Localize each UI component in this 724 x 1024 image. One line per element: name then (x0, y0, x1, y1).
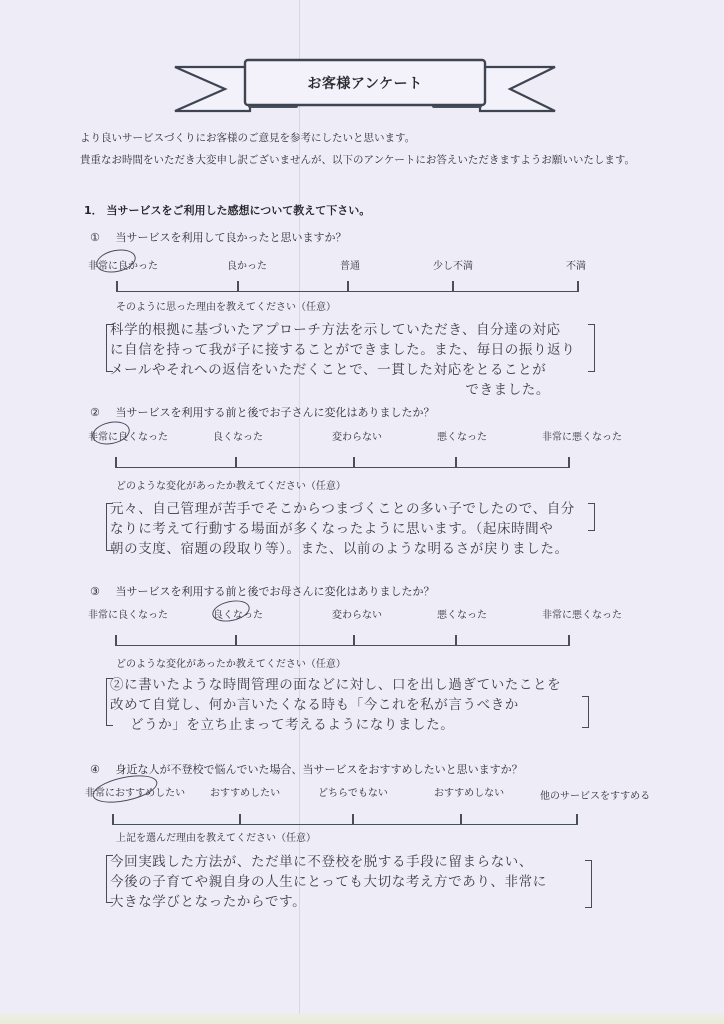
page-title: お客様アンケート (245, 65, 485, 101)
q1-option-2[interactable]: 良かった (227, 257, 267, 272)
answer-line: ②に書いたような時間管理の面などに対し、口を出し過ぎていたことを (110, 675, 590, 695)
answer-line: 改めて自覚し、何か言いたくなる時も「今これを私が言うべきか (110, 695, 590, 715)
answer-line: 科学的根拠に基づいたアプローチ方法を示していただき、自分達の対応 (110, 320, 590, 340)
question-number: ④ (90, 763, 112, 776)
q2-option-3[interactable]: 変わらない (332, 428, 382, 443)
question-text: 当サービスを利用する前と後でお母さんに変化はありましたか？ (116, 585, 435, 598)
question-text: 身近な人が不登校で悩んでいた場合、当サービスをおすすめしたいと思いますか？ (116, 763, 523, 776)
q1-reason-prompt: そのように思った理由を教えてください（任意） (116, 298, 336, 313)
question-number: ③ (90, 585, 112, 598)
answer-line: 元々、自己管理が苦手でそこからつまづくことの多い子でしたので、自分 (110, 499, 590, 519)
q3-option-5[interactable]: 非常に悪くなった (542, 606, 622, 621)
q2-option-4[interactable]: 悪くなった (437, 428, 487, 443)
question-4: ④ 身近な人が不登校で悩んでいた場合、当サービスをおすすめしたいと思いますか？ (90, 761, 523, 777)
q2-reason-prompt: どのような変化があったか教えてください（任意） (116, 477, 346, 492)
answer-line: 朝の支度、宿題の段取り等）。また、以前のような明るさが戻りました。 (110, 539, 590, 559)
answer-line: 今回実践した方法が、ただ単に不登校を脱する手段に留まらない、 (110, 852, 590, 872)
question-1: ① 当サービスを利用して良かったと思いますか？ (90, 229, 347, 245)
q1-rating-scale[interactable] (116, 280, 579, 292)
q2-rating-scale[interactable] (115, 456, 570, 468)
question-text: 当サービスを利用して良かったと思いますか？ (116, 231, 347, 244)
q3-answer[interactable]: ②に書いたような時間管理の面などに対し、口を出し過ぎていたことを 改めて自覚し、… (110, 675, 590, 735)
section-number: 1． (84, 204, 103, 217)
answer-line: 今後の子育てや親自身の人生にとっても大切な考え方であり、非常に (110, 872, 590, 892)
q4-option-3[interactable]: どちらでもない (318, 784, 388, 799)
q1-option-3[interactable]: 普通 (340, 257, 360, 272)
answer-line: メールやそれへの返信をいただくことで、一貫した対応をとることが (110, 360, 590, 380)
q2-option-2[interactable]: 良くなった (213, 428, 263, 443)
q3-rating-scale[interactable] (115, 634, 570, 646)
answer-line: に自信を持って我が子に接することができました。また、毎日の振り返り (110, 340, 590, 360)
answer-line: なりに考えて行動する場面が多くなったように思います。（起床時間や (110, 519, 590, 539)
scan-edge (0, 1014, 724, 1024)
intro-line-1: より良いサービスづくりにお客様のご意見を参考にしたいと思います。 (80, 130, 415, 145)
q2-answer[interactable]: 元々、自己管理が苦手でそこからつまづくことの多い子でしたので、自分 なりに考えて… (110, 499, 590, 559)
question-3: ③ 当サービスを利用する前と後でお母さんに変化はありましたか？ (90, 583, 435, 599)
question-2: ② 当サービスを利用する前と後でお子さんに変化はありましたか？ (90, 404, 435, 420)
section-title: 当サービスをご利用した感想について教えて下さい。 (107, 204, 371, 217)
q4-option-2[interactable]: おすすめしたい (210, 784, 280, 799)
q3-option-1[interactable]: 非常に良くなった (88, 606, 168, 621)
q4-rating-scale[interactable] (112, 813, 578, 825)
q3-reason-prompt: どのような変化があったか教えてください（任意） (116, 655, 346, 670)
q4-answer[interactable]: 今回実践した方法が、ただ単に不登校を脱する手段に留まらない、 今後の子育てや親自… (110, 852, 590, 912)
section-heading: 1． 当サービスをご利用した感想について教えて下さい。 (84, 202, 370, 218)
q1-option-5[interactable]: 不満 (566, 257, 586, 272)
q1-option-4[interactable]: 少し不満 (433, 257, 473, 272)
answer-line: どうか」を立ち止まって考えるようになりました。 (110, 715, 590, 735)
q4-reason-prompt: 上記を選んだ理由を教えてください（任意） (116, 829, 316, 844)
q4-option-5[interactable]: 他のサービスをすすめる (540, 787, 650, 802)
question-text: 当サービスを利用する前と後でお子さんに変化はありましたか？ (116, 406, 435, 419)
q2-option-5[interactable]: 非常に悪くなった (542, 428, 622, 443)
q3-option-4[interactable]: 悪くなった (437, 606, 487, 621)
question-number: ① (90, 231, 112, 244)
question-number: ② (90, 406, 112, 419)
q1-answer[interactable]: 科学的根拠に基づいたアプローチ方法を示していただき、自分達の対応 に自信を持って… (110, 320, 590, 400)
answer-line: 大きな学びとなったからです。 (110, 892, 590, 912)
selection-circle-q2 (90, 418, 132, 447)
q3-option-3[interactable]: 変わらない (332, 606, 382, 621)
title-ribbon: お客様アンケート (170, 55, 560, 115)
intro-line-2: 貴重なお時間をいただき大変申し訳ございませんが、以下のアンケートにお答えいただき… (80, 152, 635, 167)
answer-line: できました。 (110, 380, 590, 400)
q4-option-4[interactable]: おすすめしない (434, 784, 504, 799)
